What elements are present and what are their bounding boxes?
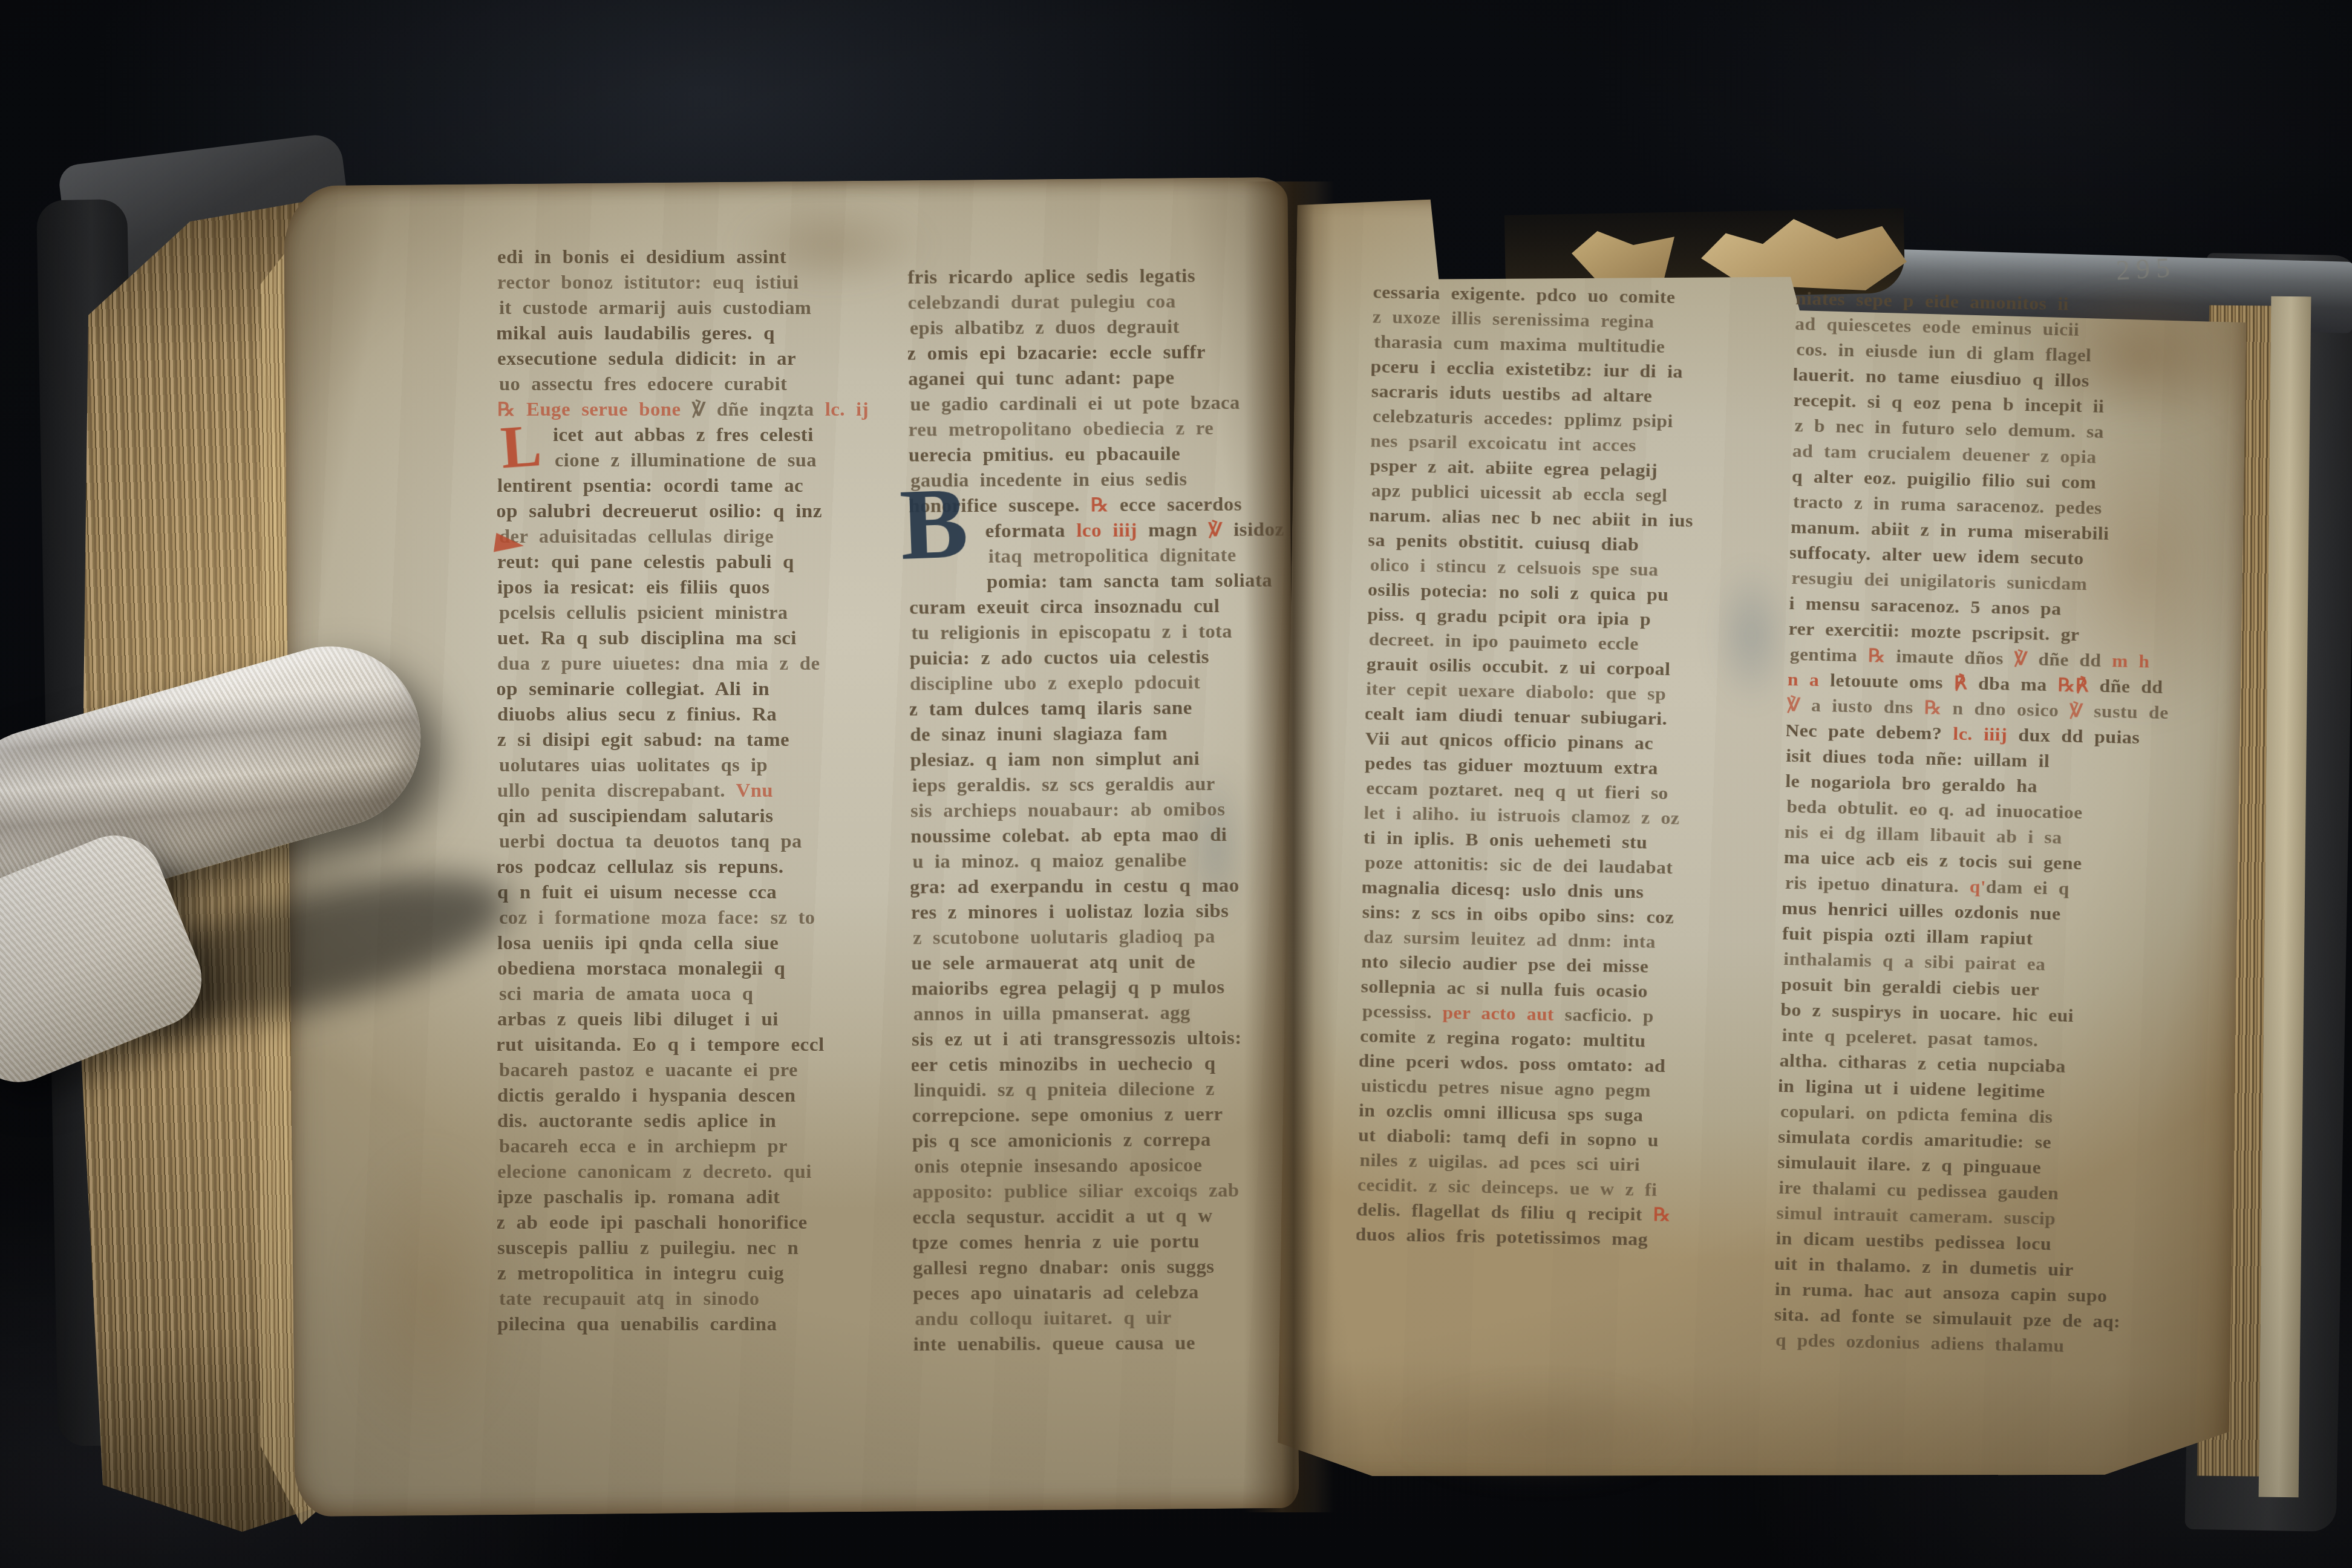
text-line: curam exeuit circa insoznadu cul — [909, 593, 1292, 620]
text-line: pis q sce amonicionis z correpa — [912, 1126, 1292, 1154]
text-line: diuobs alius secu z finius. Ra — [497, 702, 878, 727]
text-line: peces apo uinataris ad celebza — [913, 1279, 1292, 1306]
text-line: aganei qui tunc adant: pape — [908, 364, 1292, 391]
text-line: mikal auis laudabilis geres. q — [497, 321, 878, 346]
red-initial-l: L — [498, 410, 544, 482]
text-line: dictis geraldo i hyspania descen — [497, 1083, 878, 1108]
red-paraph-mark — [494, 533, 525, 556]
text-line: qin ad suscipiendam salutaris — [497, 803, 878, 829]
text-line: ullo penita discrepabant. Vnu — [497, 778, 878, 803]
text-line: sci maria de amata uoca q — [499, 981, 878, 1007]
text-line: icet aut abbas z fres celesti — [553, 422, 878, 448]
text-line: elecione canonicam z decreto. qui — [497, 1159, 878, 1184]
text-line: sis ez ut i ati transgressozis ultois: — [912, 1025, 1292, 1052]
text-line: losa ueniis ipi qnda cella siue — [497, 930, 878, 956]
text-line: z ab eode ipi paschali honorifice — [497, 1210, 878, 1235]
text-line: ue gadio cardinali ei ut pote bzaca — [910, 390, 1291, 417]
text-line: u ia minoz. q maioz genalibe — [912, 847, 1291, 874]
text-line: dua z pure uiuetes: dna mia z de — [497, 651, 878, 676]
text-line: apposito: publice siliar excoiqs zab — [912, 1177, 1292, 1204]
text-line: ros podcaz cellulaz sis repuns. — [497, 854, 878, 880]
text-line: ipze paschalis ip. romana adit — [497, 1184, 878, 1210]
text-line: ℞ Euge serue bone ℣ dñe inqzta lc. ij — [497, 397, 878, 422]
parchment-stain — [1391, 1379, 1694, 1488]
text-line: arbas z queis libi diluget i ui — [497, 1007, 878, 1032]
text-line: noussime colebat. ab epta mao di — [910, 822, 1292, 849]
text-line: lentirent psentia: ocordi tame ac — [497, 473, 878, 498]
text-line: maioribs egrea pelagij q p mulos — [911, 974, 1291, 1001]
text-line: uerbi doctua ta deuotos tanq pa — [499, 829, 878, 854]
text-line: bacareh pastoz e uacante ei pre — [499, 1057, 878, 1083]
text-line: itaq metropolitica dignitate — [988, 542, 1292, 569]
text-line: pomia: tam sancta tam soliata — [987, 567, 1292, 595]
right-page-column-1: cessaria exigente. pdco uo comitez uxoze… — [1356, 279, 1766, 1253]
text-line: ue sele armauerat atq unit de — [911, 949, 1292, 976]
text-line: inte uenabilis. queue causa ue — [913, 1330, 1292, 1357]
text-line: der aduisitadas cellulas dirige — [499, 524, 878, 549]
text-line: cione z illuminatione de sua — [555, 448, 878, 473]
text-line: gallesi regno dnabar: onis suggs — [913, 1253, 1292, 1281]
text-line: uerecia pmitius. eu pbacauile — [909, 440, 1292, 468]
text-line: uo assectu fres edocere curabit — [499, 371, 878, 397]
text-line: puicia: z ado cuctos uia celestis — [910, 644, 1292, 671]
text-line: bacareh ecca e in archiepm pr — [499, 1134, 878, 1159]
text-line: z scutobone uolutaris gladioq pa — [913, 923, 1292, 950]
text-line: obediena morstaca monalegii q — [497, 956, 878, 981]
text-line: annos in uilla pmanserat. agg — [913, 999, 1292, 1027]
photo-stage: edi in bonis ei desidium assintrector bo… — [0, 0, 2352, 1568]
text-line: op salubri decreuerut osilio: q inz — [497, 498, 878, 524]
text-line: discipline ubo z exeplo pdocuit — [910, 669, 1292, 696]
text-line: rut uisitanda. Eo q i tempore eccl — [497, 1032, 878, 1057]
text-line: z omis epi bzacarie: eccle suffr — [907, 339, 1291, 367]
text-line: de sinaz inuni slagiaza fam — [910, 720, 1291, 747]
text-line: tate recupauit atq in sinodo — [499, 1286, 878, 1312]
text-line: reut: qui pane celestis pabuli q — [497, 549, 878, 575]
text-line: op seminarie collegiat. Ali in — [497, 676, 878, 702]
text-line: coz i formatione moza face: sz to — [499, 905, 878, 930]
text-line: plesiaz. q iam non simplut ani — [910, 745, 1291, 773]
text-line: z tam dulces tamq ilaris sane — [909, 694, 1292, 722]
left-page-column-2: fris ricardo aplice sedis legatiscelebza… — [907, 263, 1291, 1357]
folio-number: 295 — [2115, 251, 2177, 286]
text-line: uolutares uias uolitates qs ip — [499, 753, 878, 778]
text-line: onis otepnie insesando aposicoe — [914, 1152, 1292, 1179]
text-line: correpcione. sepe omonius z uerr — [912, 1101, 1292, 1128]
text-line: linquidi. sz q pniteia dilecione z — [913, 1076, 1291, 1103]
parchment-stain — [339, 1137, 520, 1452]
text-line: epis albatibz z duos degrauit — [910, 313, 1292, 341]
text-line: ieps geraldis. sz scs geraldis aur — [912, 771, 1292, 798]
text-line: tu religionis in episcopatu z i tota — [911, 618, 1291, 645]
text-line: pcelsis cellulis psicient ministra — [499, 600, 878, 626]
text-line: exsecutione sedula didicit: in ar — [497, 346, 878, 371]
text-line: z metropolitica in integru cuig — [497, 1261, 878, 1286]
text-line: sis archieps nouabaur: ab omibos — [910, 796, 1292, 823]
text-line: z si disipi egit sabud: na tame — [497, 727, 878, 753]
left-page-column-1: edi in bonis ei desidium assintrector bo… — [497, 244, 878, 1337]
text-line: rector bonoz istitutor: euq istiui — [497, 270, 878, 295]
text-line: uet. Ra q sub disciplina ma sci — [497, 626, 878, 651]
blue-initial-b: B — [898, 465, 970, 584]
text-line: gaudia incedente in eius sedis — [910, 466, 1292, 493]
text-line: gra: ad exerpandu in cestu q mao — [910, 872, 1292, 900]
text-line: eformata lco iiij magn ℣ isidoz — [985, 517, 1291, 544]
text-line: celebzandi durat pulegiu coa — [907, 288, 1291, 315]
text-line: fris ricardo aplice sedis legatis — [907, 263, 1291, 290]
text-line: pilecina qua uenabilis cardina — [497, 1312, 878, 1337]
text-line: andu colloqu iuitaret. q uir — [915, 1304, 1291, 1331]
text-line: it custode armarij auis custodiam — [499, 295, 878, 321]
text-line: edi in bonis ei desidium assint — [497, 244, 878, 270]
text-line: suscepis palliu z puilegiu. nec n — [497, 1235, 878, 1261]
text-line: eer cetis minozibs in uechecio q — [910, 1050, 1292, 1078]
text-line: tpze comes henria z uie portu — [912, 1228, 1292, 1256]
text-line: reu metropolitano obediecia z re — [909, 415, 1292, 442]
text-line: ipos ia resicat: eis filiis quos — [497, 575, 878, 600]
text-line: eccla sequstur. accidit a ut q w — [912, 1203, 1291, 1230]
text-line: q n fuit ei uisum necesse cca — [497, 880, 878, 905]
right-page-column-2: niates sepe p eide amonitos iiad quiesce… — [1774, 286, 2207, 1362]
text-line: res z minores i uolistaz lozia sibs — [911, 898, 1292, 925]
text-line: dis. auctorante sedis aplice in — [497, 1108, 878, 1134]
